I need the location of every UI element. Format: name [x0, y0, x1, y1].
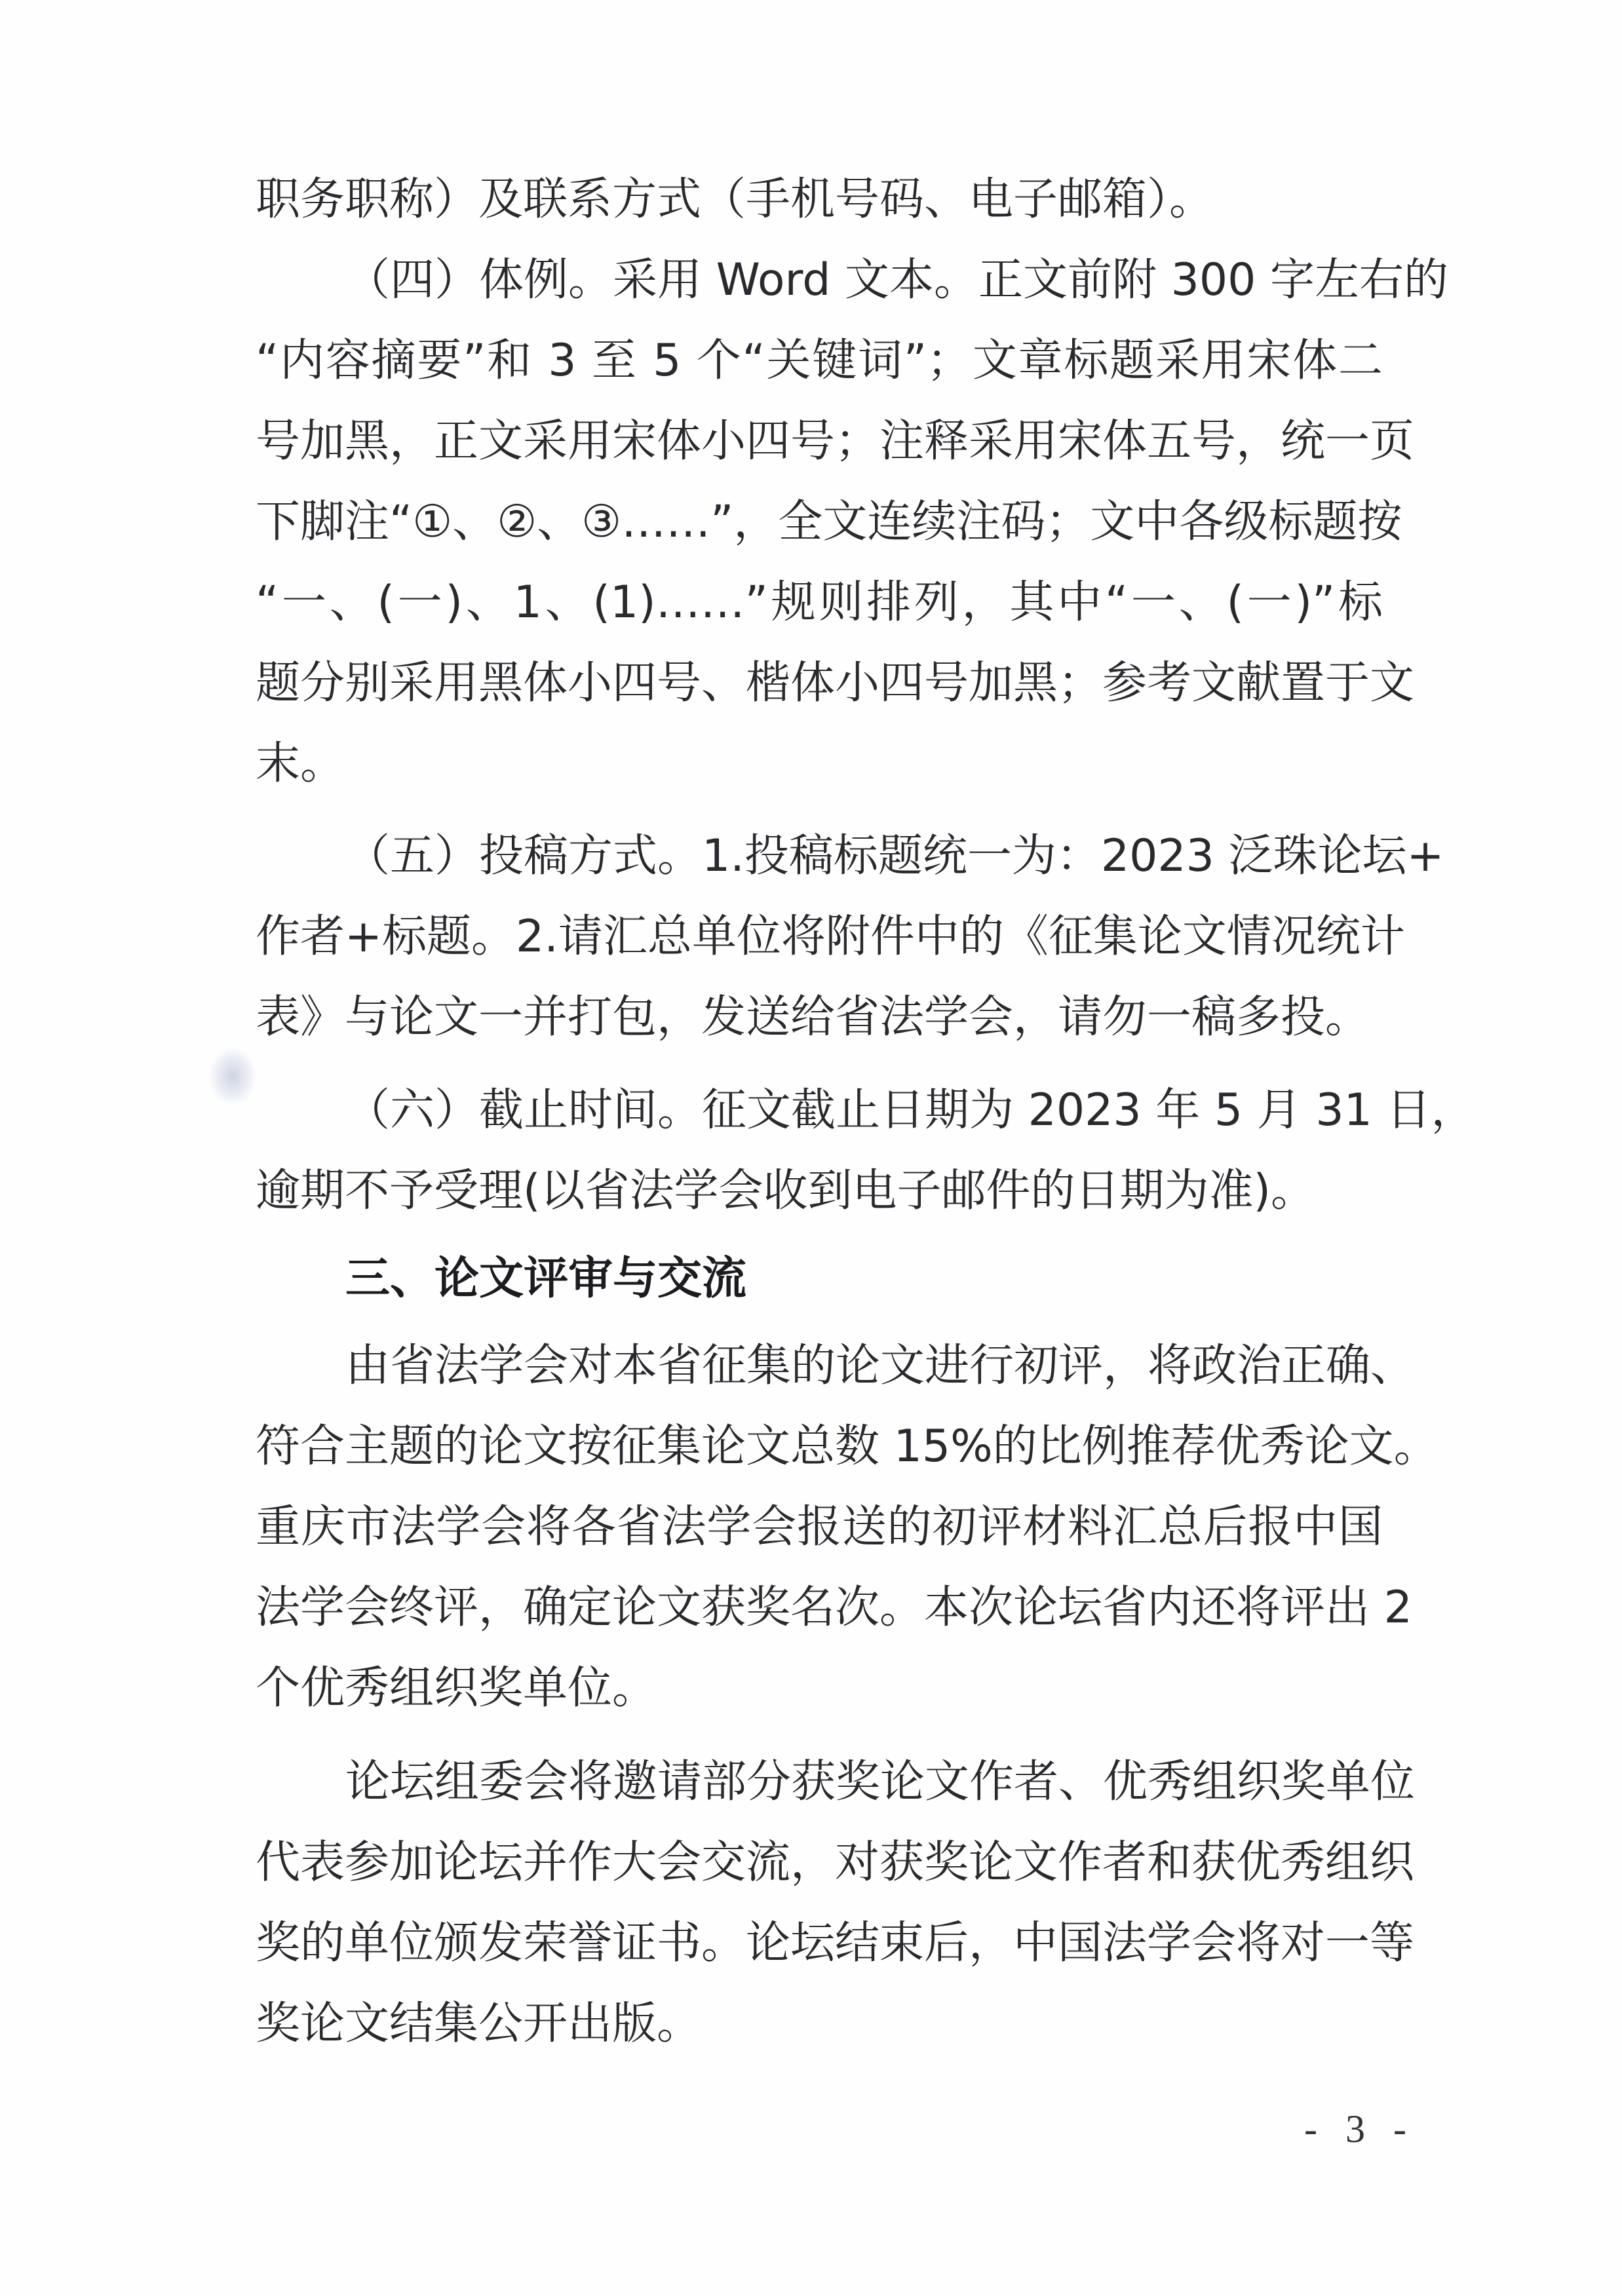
text-line-format-keywords: “内容摘要”和 3 至 5 个“关键词”；文章标题采用宋体二: [256, 325, 1383, 397]
text-line-format-end: 末。: [256, 728, 1383, 800]
page-number: - 3 -: [1304, 2107, 1416, 2152]
text-line-review-ratio: 符合主题的论文按征集论文总数 15%的比例推荐优秀论文。: [256, 1411, 1383, 1483]
text-line-format-heading-fonts: 题分别采用黑体小四号、楷体小四号加黑；参考文献置于文: [256, 647, 1383, 719]
text-line-submission-attachment: 作者+标题。2.请汇总单位将附件中的《征集论文情况统计: [256, 901, 1383, 973]
text-line-contact-info: 职务职称）及联系方式（手机号码、电子邮箱）。: [256, 164, 1383, 236]
document-page: 职务职称）及联系方式（手机号码、电子邮箱）。 （四）体例。采用 Word 文本。…: [0, 0, 1622, 2296]
text-line-format-footnotes: 下脚注“①、②、③……”，全文连续注码；文中各级标题按: [256, 486, 1383, 558]
text-line-format-item-4: （四）体例。采用 Word 文本。正文前附 300 字左右的: [345, 244, 1383, 316]
text-line-forum-invite: 论坛组委会将邀请部分获奖论文作者、优秀组织奖单位: [345, 1746, 1383, 1818]
text-line-review-award-units: 个优秀组织奖单位。: [256, 1653, 1383, 1725]
text-line-forum-publish: 奖论文结集公开出版。: [256, 1988, 1383, 2060]
text-line-review-chongqing: 重庆市法学会将各省法学会报送的初评材料汇总后报中国: [256, 1491, 1383, 1563]
text-line-review-initial: 由省法学会对本省征集的论文进行初评，将政治正确、: [345, 1330, 1383, 1402]
text-line-deadline-item-6: （六）截止时间。征文截止日期为 2023 年 5 月 31 日，: [345, 1075, 1383, 1147]
text-line-review-final: 法学会终评，确定论文获奖名次。本次论坛省内还将评出 2: [256, 1572, 1383, 1644]
text-line-forum-certificates: 奖的单位颁发荣誉证书。论坛结束后，中国法学会将对一等: [256, 1907, 1383, 1980]
text-line-format-fonts: 号加黑，正文采用宋体小四号；注释采用宋体五号，统一页: [256, 406, 1383, 478]
text-line-submission-item-5: （五）投稿方式。1.投稿标题统一为：2023 泛珠论坛+: [345, 820, 1383, 892]
section-heading-review: 三、论文评审与交流: [345, 1243, 1383, 1315]
scan-artifact: [210, 1048, 256, 1104]
text-line-deadline-late: 逾期不予受理(以省法学会收到电子邮件的日期为准)。: [256, 1155, 1383, 1227]
text-line-forum-exchange: 代表参加论坛并作大会交流，对获奖论文作者和获优秀组织: [256, 1827, 1383, 1899]
text-line-format-headings: “一、(一)、1、(1)……”规则排列，其中“一、(一)”标: [256, 567, 1383, 639]
text-line-submission-package: 表》与论文一并打包，发送给省法学会，请勿一稿多投。: [256, 982, 1383, 1054]
